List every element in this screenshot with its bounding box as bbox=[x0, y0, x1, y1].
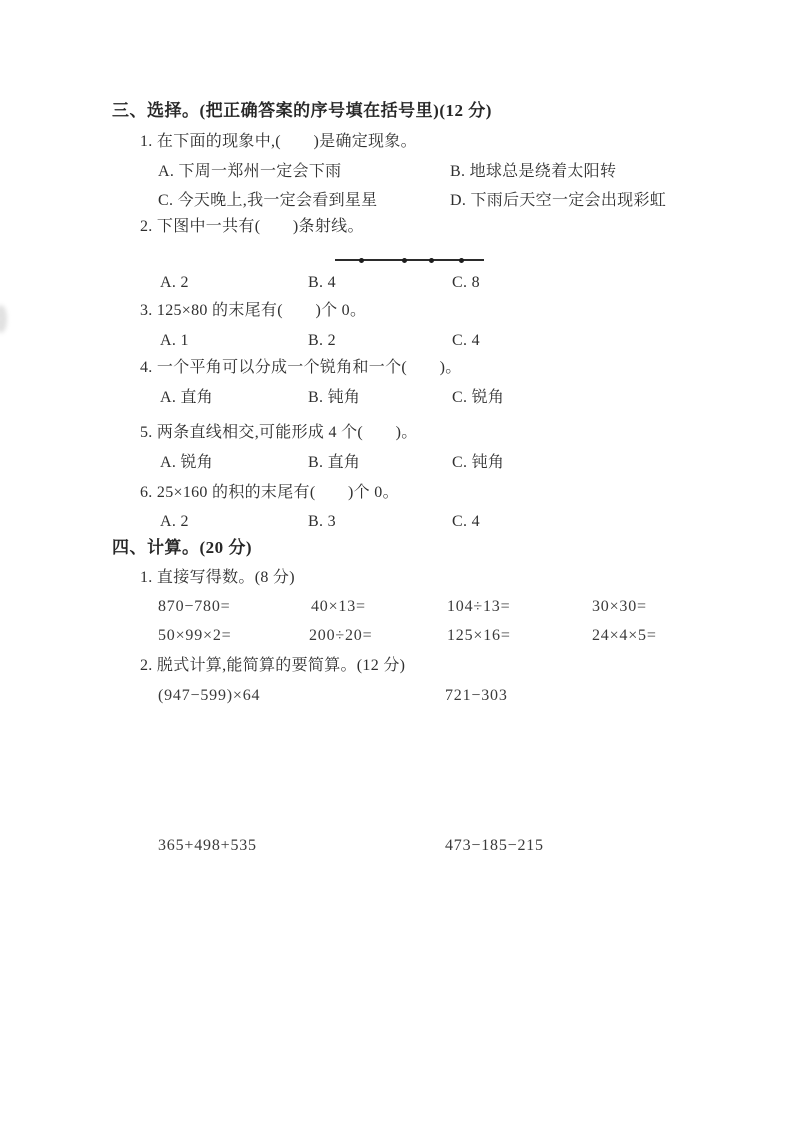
q3-option-c: C. 4 bbox=[452, 331, 480, 351]
q4-text: 4. 一个平角可以分成一个锐角和一个( )。 bbox=[140, 358, 462, 378]
q6-text: 6. 25×160 的积的末尾有( )个 0。 bbox=[140, 483, 399, 503]
oral-calc-item: 24×4×5= bbox=[592, 626, 657, 646]
section4-sub2-label: 2. 脱式计算,能简算的要简算。(12 分) bbox=[140, 656, 405, 676]
q5-option-c: C. 钝角 bbox=[452, 453, 504, 473]
ray-point-dot bbox=[402, 258, 407, 263]
q6-option-c: C. 4 bbox=[452, 512, 480, 532]
oral-calc-item: 30×30= bbox=[592, 597, 647, 617]
q3-option-b: B. 2 bbox=[308, 331, 336, 351]
section3-heading: 三、选择。(把正确答案的序号填在括号里)(12 分) bbox=[112, 101, 492, 121]
q1-option-d: D. 下雨后天空一定会出现彩虹 bbox=[450, 191, 666, 211]
written-calc-item: 721−303 bbox=[445, 686, 508, 706]
oral-calc-item: 200÷20= bbox=[309, 626, 372, 646]
q5-text: 5. 两条直线相交,可能形成 4 个( )。 bbox=[140, 423, 418, 443]
q1-option-c: C. 今天晚上,我一定会看到星星 bbox=[158, 191, 377, 211]
oral-calc-item: 870−780= bbox=[158, 597, 230, 617]
section4-heading: 四、计算。(20 分) bbox=[112, 538, 252, 558]
q5-option-b: B. 直角 bbox=[308, 453, 360, 473]
q5-option-a: A. 锐角 bbox=[160, 453, 213, 473]
worksheet-page: 三、选择。(把正确答案的序号填在括号里)(12 分) 1. 在下面的现象中,( … bbox=[0, 0, 793, 1122]
q3-text: 3. 125×80 的末尾有( )个 0。 bbox=[140, 301, 366, 321]
q1-text: 1. 在下面的现象中,( )是确定现象。 bbox=[140, 132, 417, 152]
ray-point-dot bbox=[459, 258, 464, 263]
ray-point-dot bbox=[429, 258, 434, 263]
q3-option-a: A. 1 bbox=[160, 331, 189, 351]
q6-option-b: B. 3 bbox=[308, 512, 336, 532]
oral-calc-item: 104÷13= bbox=[447, 597, 510, 617]
oral-calc-item: 50×99×2= bbox=[158, 626, 231, 646]
q4-option-b: B. 钝角 bbox=[308, 388, 360, 408]
section4-sub1-label: 1. 直接写得数。(8 分) bbox=[140, 568, 295, 588]
q4-option-c: C. 锐角 bbox=[452, 388, 504, 408]
written-calc-item: 473−185−215 bbox=[445, 836, 544, 856]
q6-option-a: A. 2 bbox=[160, 512, 189, 532]
ray-point-dot bbox=[359, 258, 364, 263]
written-calc-item: (947−599)×64 bbox=[158, 686, 260, 706]
q2-option-a: A. 2 bbox=[160, 273, 189, 293]
written-calc-item: 365+498+535 bbox=[158, 836, 257, 856]
q2-text: 2. 下图中一共有( )条射线。 bbox=[140, 217, 364, 237]
oral-calc-item: 40×13= bbox=[311, 597, 366, 617]
q2-option-b: B. 4 bbox=[308, 273, 336, 293]
oral-calc-item: 125×16= bbox=[447, 626, 511, 646]
q4-option-a: A. 直角 bbox=[160, 388, 213, 408]
q2-option-c: C. 8 bbox=[452, 273, 480, 293]
q1-option-b: B. 地球总是绕着太阳转 bbox=[450, 162, 616, 182]
scan-edge-smudge bbox=[0, 305, 7, 333]
q1-option-a: A. 下周一郑州一定会下雨 bbox=[158, 162, 341, 182]
